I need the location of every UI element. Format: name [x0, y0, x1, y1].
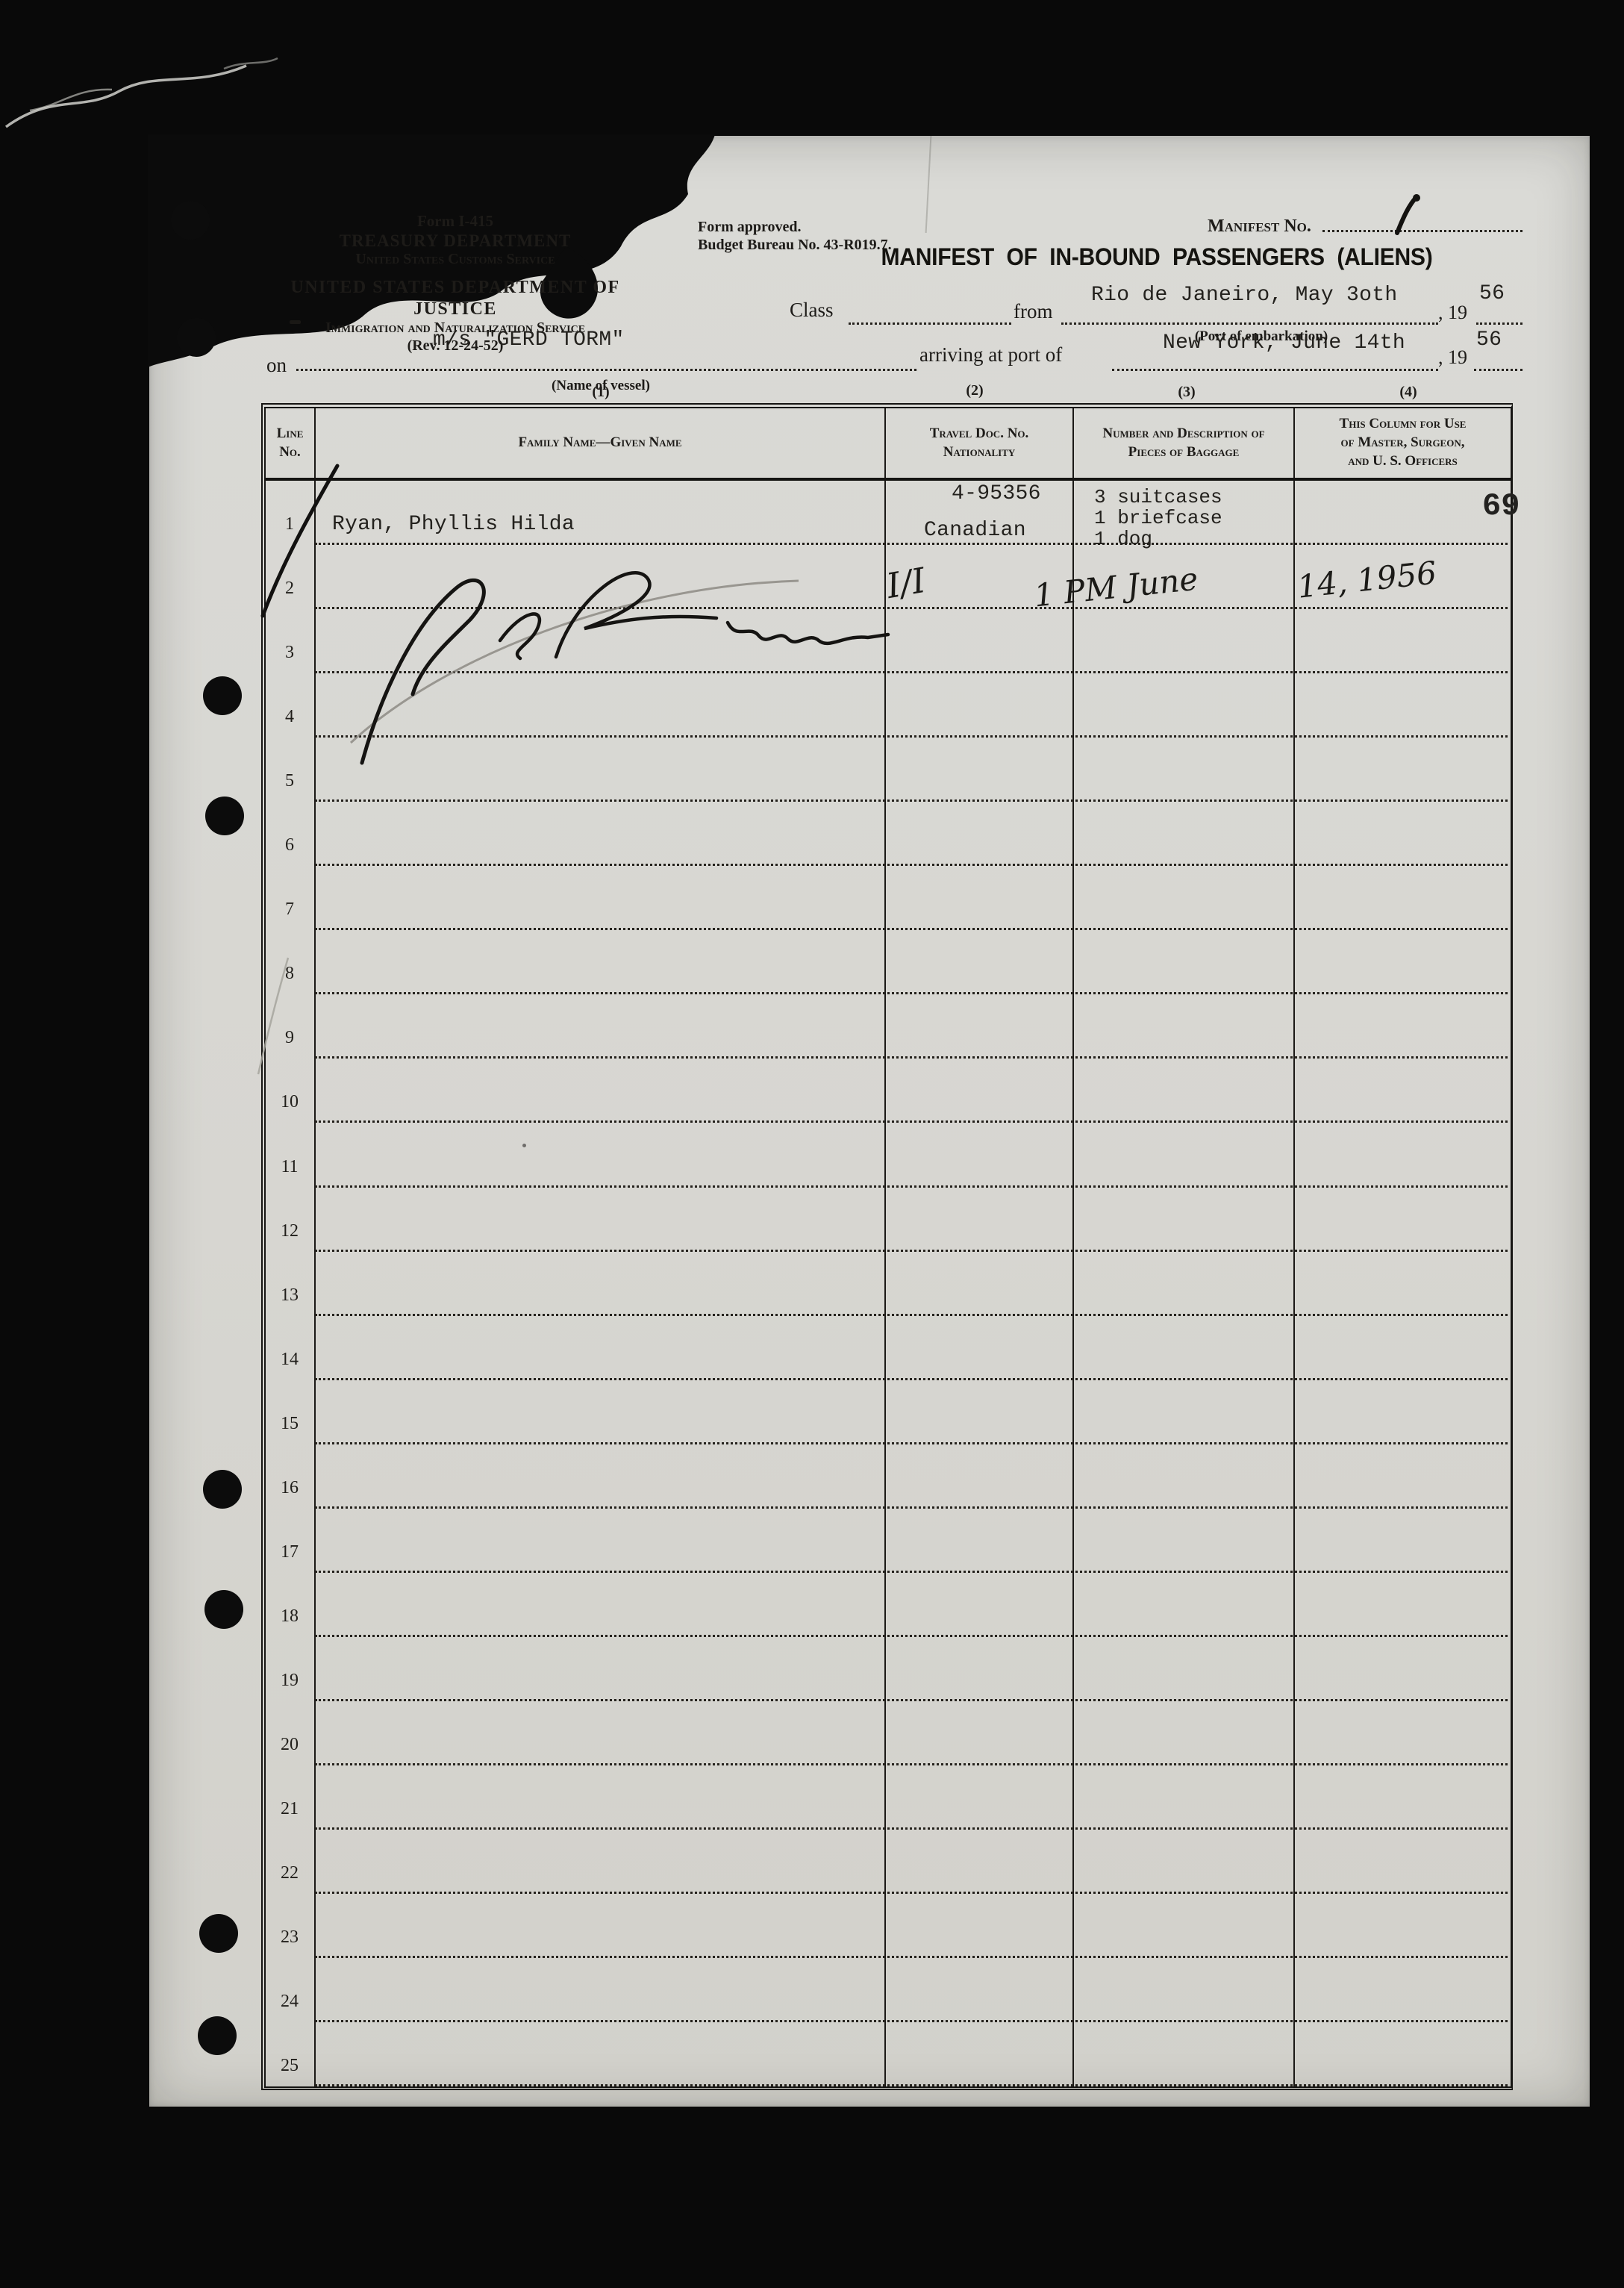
table-row: 9 [266, 994, 1511, 1059]
form-number: Form I-415 [284, 212, 627, 231]
approval-line2: Budget Bureau No. 43-R019.7. [698, 236, 892, 254]
arrival-year-value: 56 [1476, 328, 1502, 352]
line-number: 22 [266, 1863, 313, 1883]
header-family-name: Family Name—Given Name [316, 408, 884, 478]
line-number: 16 [266, 1478, 313, 1498]
port-of-embarkation-value: Rio de Janeiro, May 3oth [1091, 284, 1397, 307]
table-row: 24 [266, 1958, 1511, 2022]
class-year-value: 56 [1479, 282, 1505, 305]
on-label: on [266, 354, 287, 377]
line-number: 23 [266, 1927, 313, 1948]
column-marker-4: (4) [1386, 384, 1431, 401]
table-row: 13 [266, 1252, 1511, 1316]
manifest-no-label: Manifest No. [1208, 216, 1311, 237]
punch-hole [177, 318, 216, 357]
line-number: 17 [266, 1542, 313, 1562]
line-number: 14 [266, 1350, 313, 1370]
faint-scratch [252, 953, 297, 1080]
port-of-arrival-value: New York, June 14th [1163, 331, 1405, 355]
row-rule-line [315, 2084, 1508, 2086]
treasury-dept: TREASURY DEPARTMENT [284, 231, 627, 251]
vessel-name-value: m/s "GERD TORM" [433, 328, 625, 352]
line-number: 12 [266, 1221, 313, 1241]
line-number: 11 [266, 1157, 313, 1177]
header-baggage: Number and Description of Pieces of Bagg… [1074, 408, 1293, 478]
travel-doc-number: 4-95356 [952, 482, 1041, 505]
punch-hole [204, 1590, 243, 1629]
table-row: 20 [266, 1701, 1511, 1765]
line-number: 6 [266, 835, 313, 855]
class-year-rule [1476, 305, 1522, 325]
from-rule [1061, 305, 1438, 325]
header-officers: This Column for Use of Master, Surgeon, … [1295, 408, 1511, 478]
header-travel-doc: Travel Doc. No. Nationality [886, 408, 1072, 478]
approval-line1: Form approved. [698, 218, 892, 236]
endorsement-initials: I/I [884, 560, 928, 606]
line-number: 10 [266, 1092, 313, 1112]
line-number: 3 [266, 643, 313, 663]
line-number: 21 [266, 1799, 313, 1819]
table-row: 7 [266, 866, 1511, 930]
punch-hole [199, 1914, 238, 1953]
form-page: Form I-415 TREASURY DEPARTMENT United St… [149, 136, 1590, 2107]
line-number: 13 [266, 1285, 313, 1306]
table-row: 16 [266, 1444, 1511, 1509]
table-row: 19 [266, 1637, 1511, 1701]
table-row: 25 [266, 2022, 1511, 2086]
table-row: 22 [266, 1830, 1511, 1894]
punch-hole [205, 797, 244, 835]
punch-hole [171, 201, 210, 240]
crease-line [925, 136, 932, 233]
table-row: 12 [266, 1188, 1511, 1252]
column-marker-2: (2) [952, 382, 997, 399]
line-number: 15 [266, 1414, 313, 1434]
line-number: 19 [266, 1671, 313, 1691]
inspector-signature [310, 545, 907, 769]
passenger-name: Ryan, Phyllis Hilda [332, 513, 575, 536]
line-number: 24 [266, 1992, 313, 2012]
justice-dept: UNITED STATES DEPARTMENT OF JUSTICE [284, 277, 627, 319]
table-row: 17 [266, 1509, 1511, 1573]
scratch-marks [0, 22, 291, 142]
table-row: 10 [266, 1059, 1511, 1123]
table-row: 21 [266, 1765, 1511, 1830]
baggage-list: 3 suitcases 1 briefcase 1 dog [1094, 487, 1222, 549]
arriving-label: arriving at port of [919, 343, 1062, 367]
table-row: 11 [266, 1123, 1511, 1187]
line-number: 20 [266, 1735, 313, 1755]
arrival-year-prefix: , 19 [1438, 346, 1467, 369]
class-label: Class [790, 299, 834, 322]
column-marker-1: (1) [578, 384, 623, 401]
from-label: from [1014, 300, 1052, 323]
table-row: 14 [266, 1316, 1511, 1380]
manifest-no-handwritten-value [1394, 193, 1424, 236]
table-row: 18 [266, 1573, 1511, 1637]
column-marker-3: (3) [1164, 384, 1209, 401]
class-rule [849, 305, 1011, 325]
table-row: 15 [266, 1380, 1511, 1444]
line-number: 4 [266, 707, 313, 727]
table-row: 8 [266, 930, 1511, 994]
line-number: 18 [266, 1606, 313, 1627]
punch-hole [203, 676, 242, 715]
punch-hole [203, 1470, 242, 1509]
line-number: 7 [266, 900, 313, 920]
approval-block: Form approved. Budget Bureau No. 43-R019… [698, 218, 892, 254]
table-header-row: Line No. Family Name—Given Name Travel D… [266, 408, 1511, 481]
customs-service: United States Customs Service [284, 251, 627, 269]
table-row: 23 [266, 1894, 1511, 1958]
line-number: 5 [266, 771, 313, 791]
punch-hole [198, 2016, 237, 2055]
line-number: 25 [266, 2056, 313, 2076]
officer-stamp-69: 69 [1482, 488, 1520, 524]
class-year-prefix: , 19 [1438, 302, 1467, 324]
page-title: MANIFEST OF IN-BOUND PASSENGERS (ALIENS) [876, 243, 1437, 271]
vessel-rule [296, 351, 916, 371]
scanned-manifest-page: Form I-415 TREASURY DEPARTMENT United St… [0, 0, 1624, 2288]
arrival-year-rule [1474, 351, 1522, 371]
table-row: 6 [266, 802, 1511, 866]
nationality: Canadian [924, 519, 1026, 542]
